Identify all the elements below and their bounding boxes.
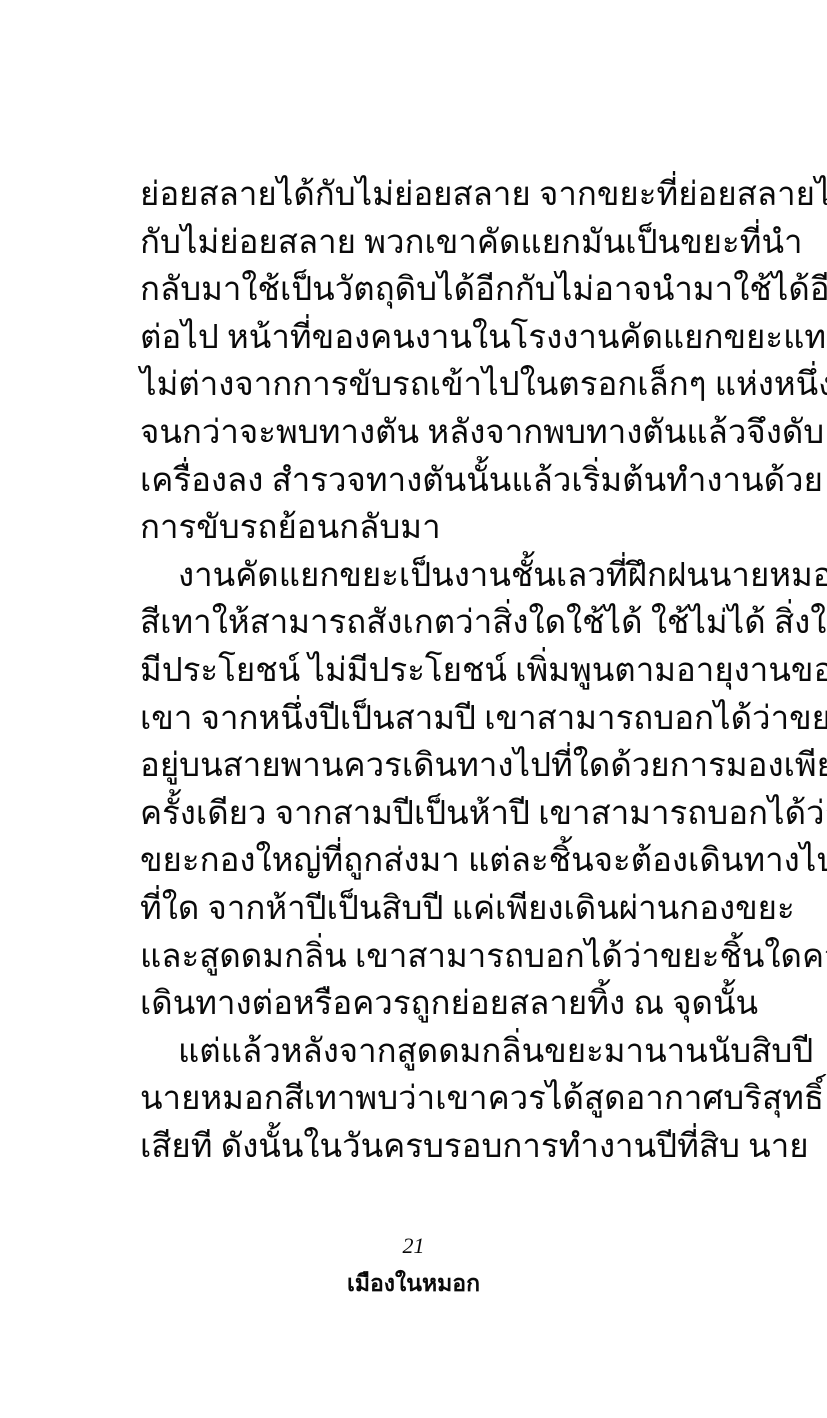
book-page: ย่อยสลายได้กับไม่ย่อยสลาย จากขยะที่ย่อยส…: [0, 0, 827, 1418]
running-title: เมืองในหมอก: [0, 1268, 827, 1300]
text-line: ที่ใด จากห้าปีเป็นสิบปี แค่เพียงเดินผ่าน…: [140, 886, 693, 934]
text-line: อยู่บนสายพานควรเดินทางไปที่ใดด้วยการมองเ…: [140, 743, 693, 791]
text-line: ครั้งเดียว จากสามปีเป็นห้าปี เขาสามารถบอ…: [140, 791, 693, 839]
body-text-block: ย่อยสลายได้กับไม่ย่อยสลาย จากขยะที่ย่อยส…: [140, 172, 693, 1171]
text-line: จนกว่าจะพบทางตัน หลังจากพบทางตันแล้วจึงด…: [140, 410, 693, 458]
text-line: แต่แล้วหลังจากสูดดมกลิ่นขยะมานานนับสิบปี: [140, 1029, 693, 1077]
text-line: และสูดดมกลิ่น เขาสามารถบอกได้ว่าขยะชิ้นใ…: [140, 934, 693, 982]
text-line: เขา จากหนึ่งปีเป็นสามปี เขาสามารถบอกได้ว…: [140, 696, 693, 744]
text-line: กับไม่ย่อยสลาย พวกเขาคัดแยกมันเป็นขยะที่…: [140, 220, 693, 268]
text-line: ขยะกองใหญ่ที่ถูกส่งมา แต่ละชิ้นจะต้องเดิ…: [140, 838, 693, 886]
page-number: 21: [0, 1231, 827, 1261]
paragraph: แต่แล้วหลังจากสูดดมกลิ่นขยะมานานนับสิบปี…: [140, 1029, 693, 1172]
text-line: นายหมอกสีเทาพบว่าเขาควรได้สูดอากาศบริสุท…: [140, 1076, 693, 1124]
text-line: มีประโยชน์ ไม่มีประโยชน์ เพิ่มพูนตามอายุ…: [140, 648, 693, 696]
paragraph: งานคัดแยกขยะเป็นงานชั้นเลวที่ฝึกฝนนายหมอ…: [140, 553, 693, 1029]
text-line: กลับมาใช้เป็นวัตถุดิบได้อีกกับไม่อาจนำมา…: [140, 267, 693, 315]
text-line: เสียที ดังนั้นในวันครบรอบการทำงานปีที่สิ…: [140, 1124, 693, 1172]
text-line: การขับรถย้อนกลับมา: [140, 505, 693, 553]
text-line: งานคัดแยกขยะเป็นงานชั้นเลวที่ฝึกฝนนายหมอ…: [140, 553, 693, 601]
text-line: เดินทางต่อหรือควรถูกย่อยสลายทิ้ง ณ จุดนั…: [140, 981, 693, 1029]
text-line: สีเทาให้สามารถสังเกตว่าสิ่งใดใช้ได้ ใช้ไ…: [140, 600, 693, 648]
paragraph: ย่อยสลายได้กับไม่ย่อยสลาย จากขยะที่ย่อยส…: [140, 172, 693, 553]
text-line: เครื่องลง สำรวจทางตันนั้นแล้วเริ่มต้นทำง…: [140, 458, 693, 506]
text-line: ต่อไป หน้าที่ของคนงานในโรงงานคัดแยกขยะแท…: [140, 315, 693, 363]
text-line: ย่อยสลายได้กับไม่ย่อยสลาย จากขยะที่ย่อยส…: [140, 172, 693, 220]
text-line: ไม่ต่างจากการขับรถเข้าไปในตรอกเล็กๆ แห่ง…: [140, 362, 693, 410]
